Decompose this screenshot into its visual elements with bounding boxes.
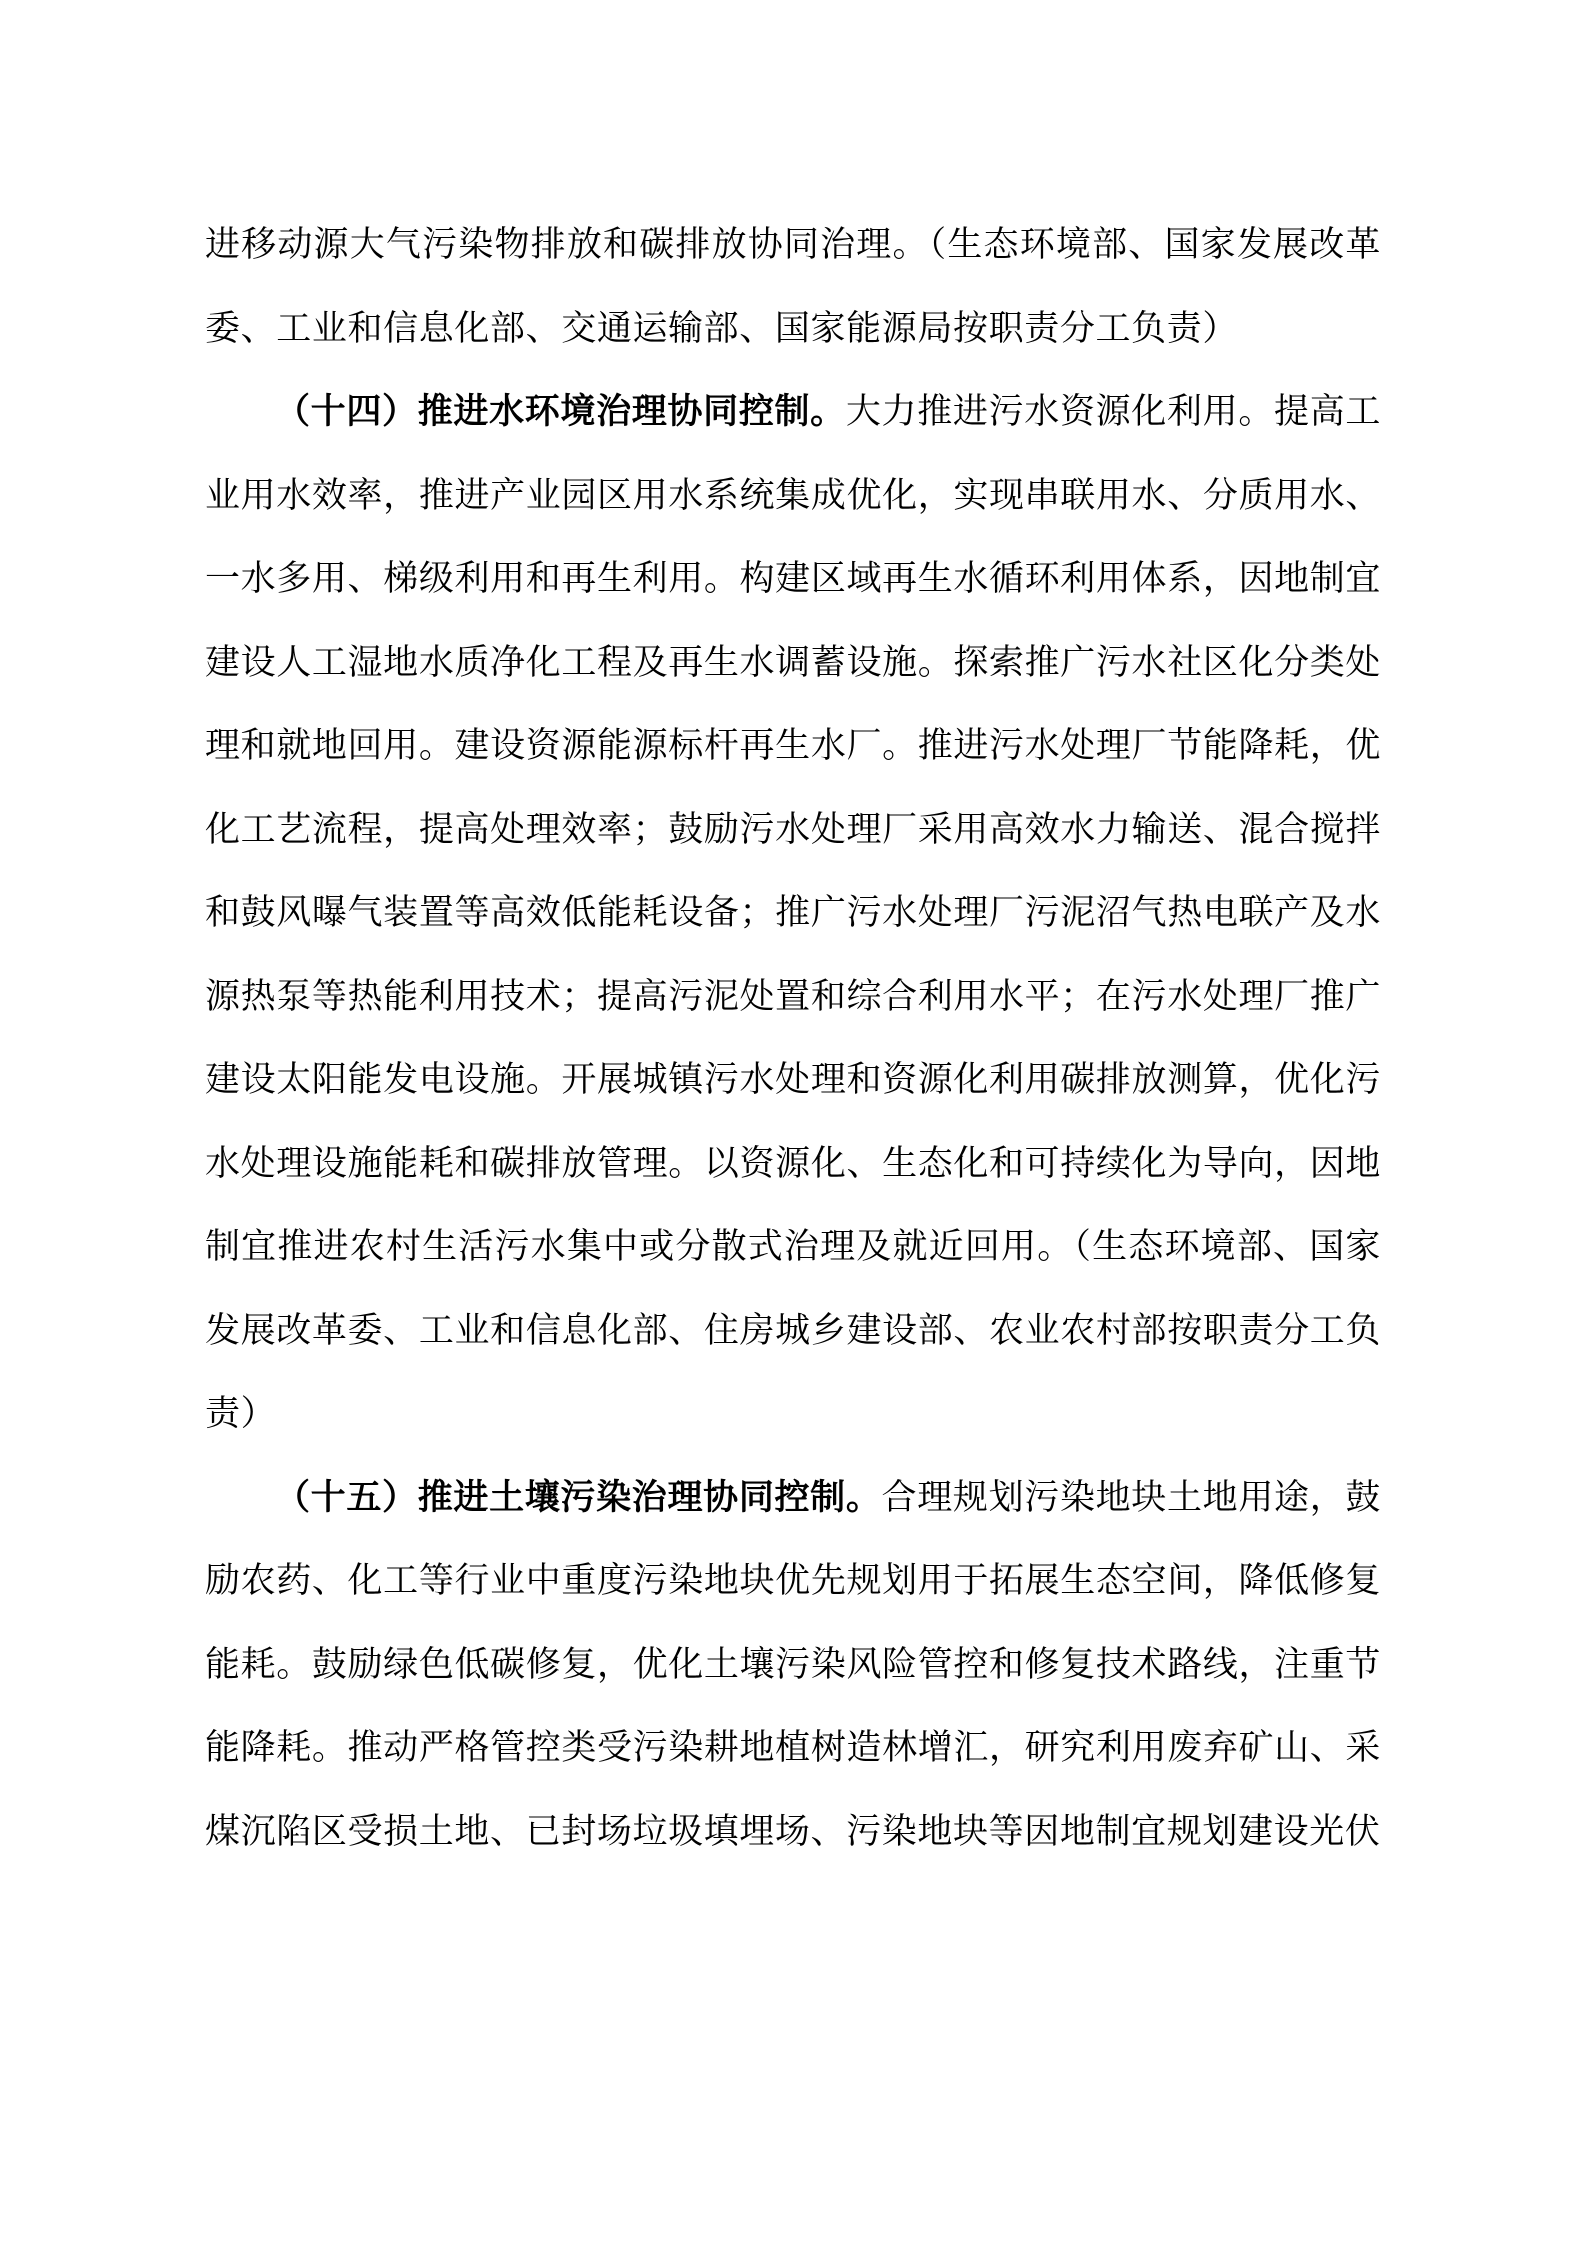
document-text-block: 进移动源大气污染物排放和碳排放协同治理。（生态环境部、国家发展改革委、工业和信息… [205, 203, 1381, 1873]
document-page: 进移动源大气污染物排放和碳排放协同治理。（生态环境部、国家发展改革委、工业和信息… [0, 0, 1587, 2245]
section-14-heading: （十四）推进水环境治理协同控制。 [275, 392, 846, 431]
paragraph-section-14: （十四）推进水环境治理协同控制。大力推进污水资源化利用。提高工业用水效率，推进产… [205, 370, 1381, 1456]
paragraph-continuation: 进移动源大气污染物排放和碳排放协同治理。（生态环境部、国家发展改革委、工业和信息… [205, 203, 1381, 370]
paragraph-section-15: （十五）推进土壤污染治理协同控制。合理规划污染地块土地用途，鼓励农药、化工等行业… [205, 1456, 1381, 1874]
paragraph-text: 合理规划污染地块土地用途，鼓励农药、化工等行业中重度污染地块优先规划用于拓展生态… [205, 1478, 1381, 1851]
section-15-heading: （十五）推进土壤污染治理协同控制。 [275, 1478, 882, 1517]
paragraph-text: 进移动源大气污染物排放和碳排放协同治理。（生态环境部、国家发展改革委、工业和信息… [205, 225, 1381, 348]
paragraph-text: 大力推进污水资源化利用。提高工业用水效率，推进产业园区用水系统集成优化，实现串联… [205, 392, 1381, 1433]
